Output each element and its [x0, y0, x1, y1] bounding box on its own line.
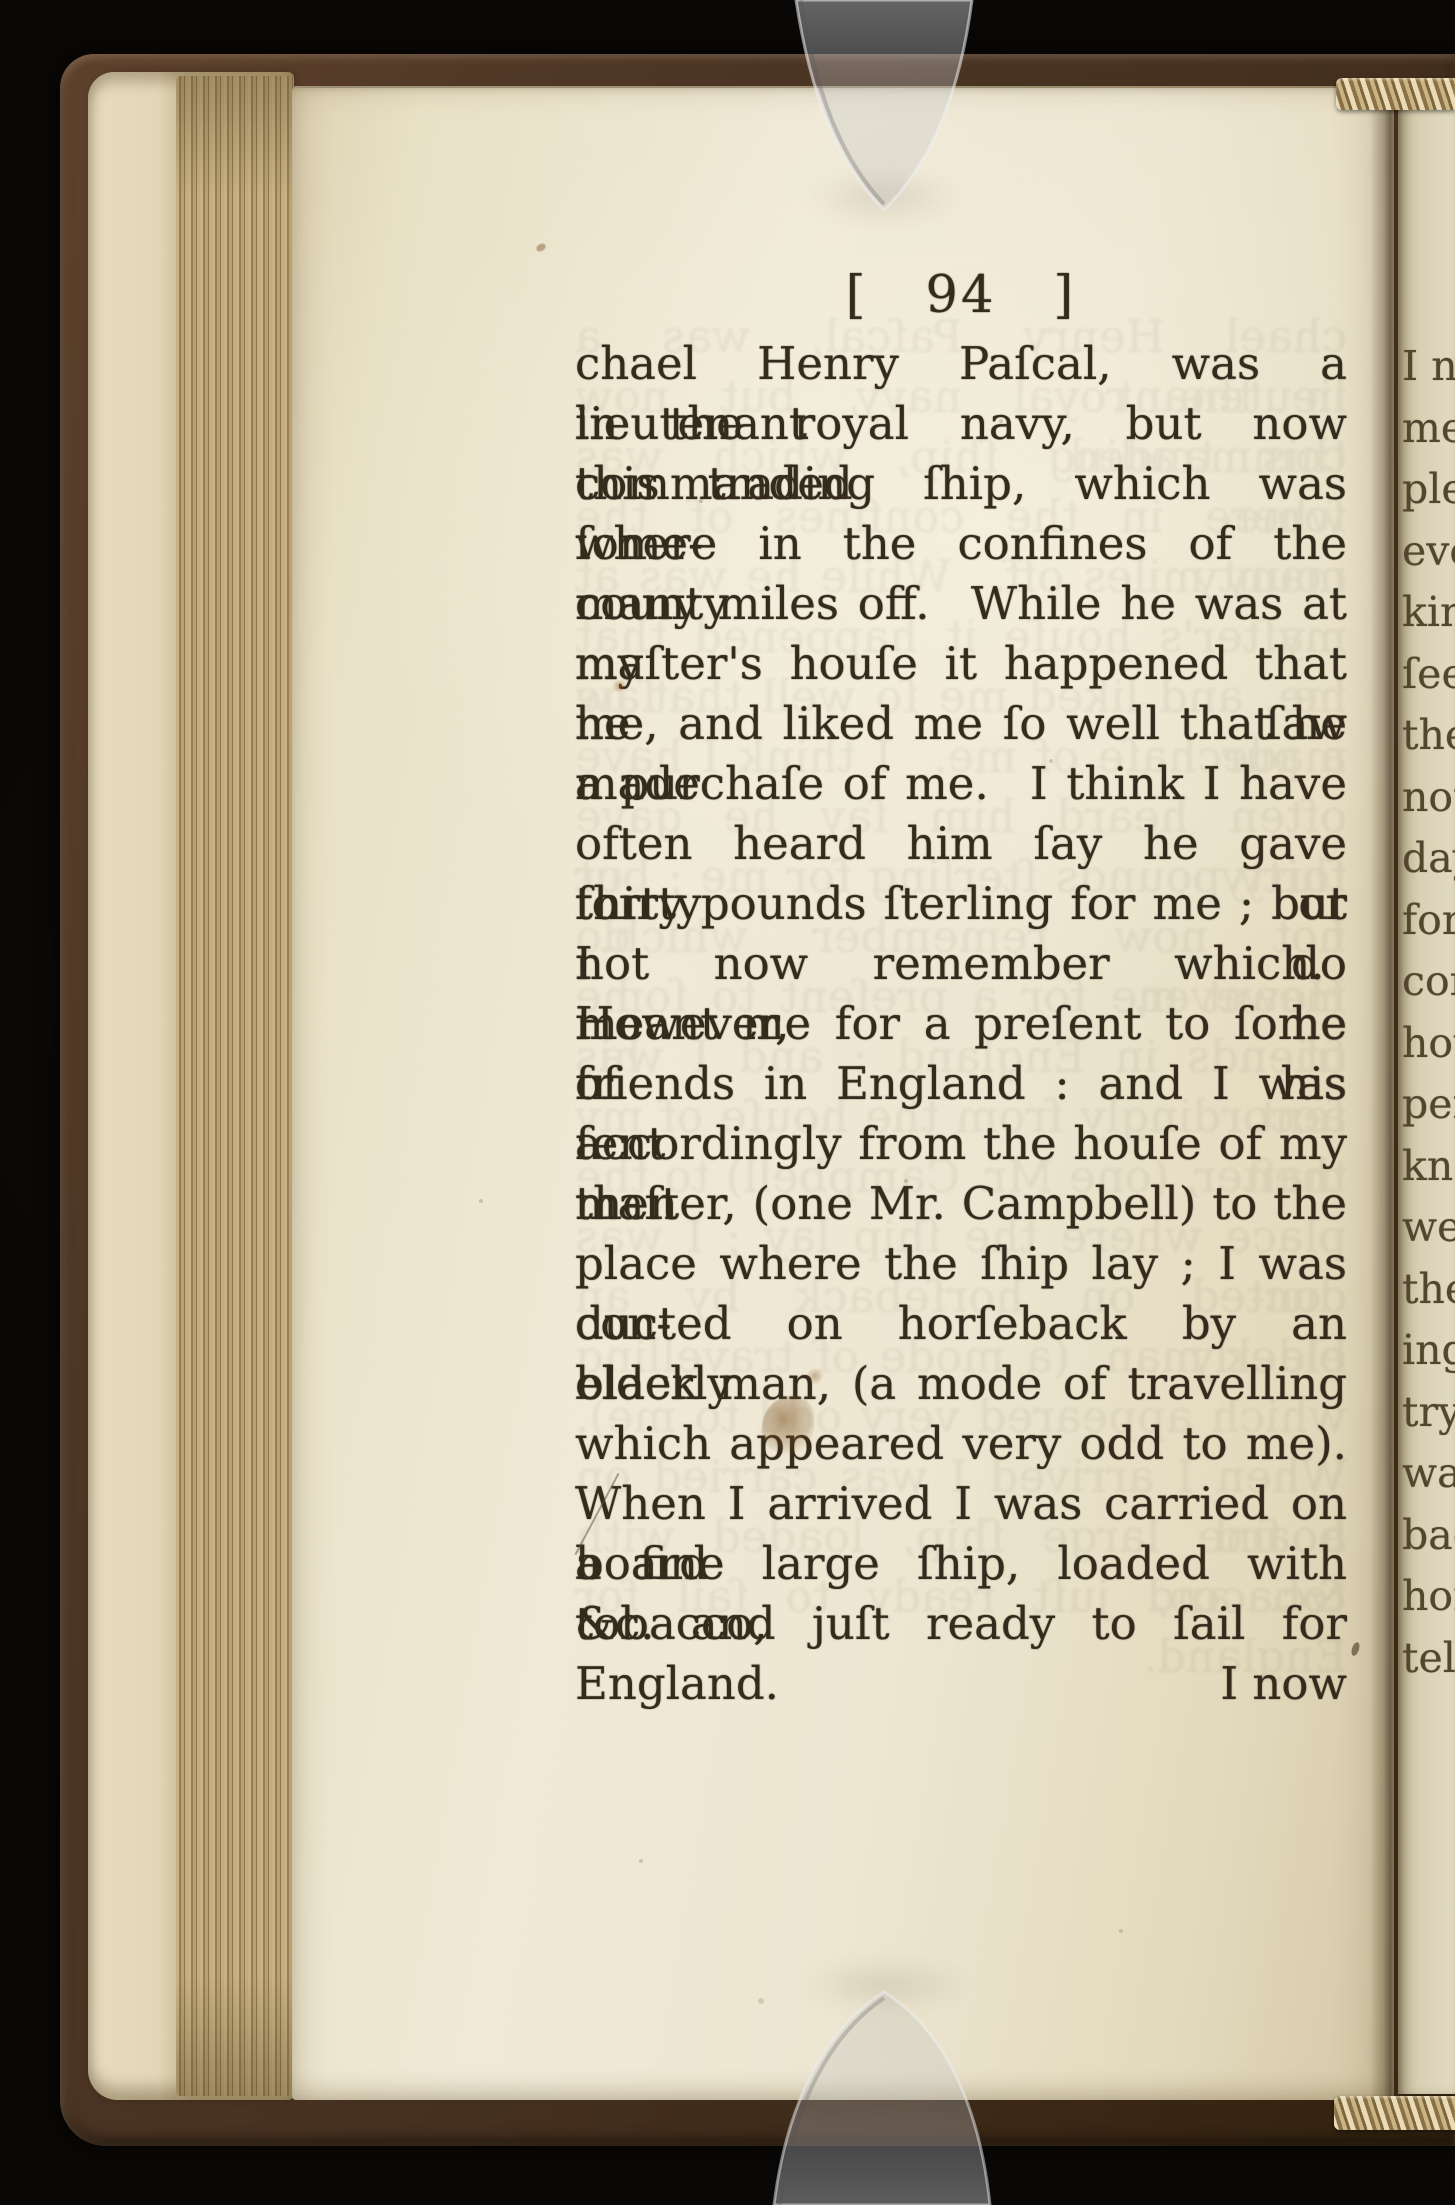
text-line: maſter's houſe it happened that he ſaw: [575, 634, 1347, 694]
fragment-line: I no: [1402, 336, 1455, 398]
paper-specks: [0, 0, 2, 2]
page-stack-fore-edge: [88, 72, 294, 2100]
fragment-line: not a: [1402, 767, 1455, 829]
text-line: black man, (a mode of travelling: [575, 1354, 1347, 1414]
catchword: I now: [575, 1654, 1347, 1714]
fragment-line: tell.: [1402, 1628, 1455, 1690]
fragment-line: know: [1402, 1136, 1455, 1198]
fragment-line: back: [1402, 1505, 1455, 1567]
fragment-line: theref: [1402, 705, 1455, 767]
fragment-line: menc: [1402, 398, 1455, 460]
fragment-line: was q: [1402, 1443, 1455, 1505]
clamp-shadow: [806, 168, 962, 226]
text-line: many miles off. While he was at my: [575, 574, 1347, 634]
fragment-line: home: [1402, 1566, 1455, 1628]
book-photograph: chael Henry Paſcal, was a lieutenantin t…: [0, 0, 1455, 2205]
fragment-line: the ſh: [1402, 1259, 1455, 1321]
fragment-line: perfe: [1402, 1074, 1455, 1136]
clamp-shadow: [796, 1958, 972, 2012]
fragment-line: plent: [1402, 459, 1455, 521]
page-number: [ 94 ]: [575, 266, 1347, 336]
text-line: maſter, (one Mr. Campbell) to the: [575, 1174, 1347, 1234]
fragment-line: kindl: [1402, 582, 1455, 644]
text-line: a fine large ſhip, loaded with tobacco,: [575, 1534, 1347, 1594]
text-line: ducted on horſeback by an elderly: [575, 1294, 1347, 1354]
text-line: where in the confines of the county: [575, 514, 1347, 574]
text-line: &c. and juſt ready to ſail for England.: [575, 1594, 1347, 1654]
gutter-shadow: [1370, 86, 1404, 2098]
fragment-line: ing to: [1402, 1320, 1455, 1382]
text-line: this trading ſhip, which was ſome-: [575, 454, 1347, 514]
text-line: accordingly from the houſe of my then: [575, 1114, 1347, 1174]
adjacent-page-lines: I nomencplenteverykindlſeen ctherefnot a…: [1402, 336, 1455, 1736]
fragment-line: ſeen c: [1402, 644, 1455, 706]
fragment-line: for E: [1402, 890, 1455, 952]
text-line: place where the ſhip lay ; I was con-: [575, 1234, 1347, 1294]
text-line: meant me for a preſent to ſome of his: [575, 994, 1347, 1054]
text-line: friends in England : and I was ſent: [575, 1054, 1347, 1114]
fragment-line: howe: [1402, 1013, 1455, 1075]
text-line: chael Henry Paſcal, was a lieutenant: [575, 334, 1347, 394]
text-line: not now remember which. However, he: [575, 934, 1347, 994]
body-lines: chael Henry Paſcal, was a lieutenantin t…: [575, 334, 1347, 1654]
text-line: which appeared very odd to me).: [575, 1414, 1347, 1474]
text-line: a purchaſe of me. I think I have: [575, 754, 1347, 814]
tailband: [1334, 2096, 1455, 2130]
fragment-line: days: [1402, 828, 1455, 890]
fragment-line: were: [1402, 1197, 1455, 1259]
text-line: in the royal navy, but now commanded: [575, 394, 1347, 454]
fragment-line: conje: [1402, 951, 1455, 1013]
text-line: When I arrived I was carried on board: [575, 1474, 1347, 1534]
fragment-line: try, ar: [1402, 1382, 1455, 1444]
fragment-line: every: [1402, 521, 1455, 583]
headband: [1336, 78, 1455, 110]
text-line: often heard him ſay he gave thirty or: [575, 814, 1347, 874]
text-line: me, and liked me ſo well that he made: [575, 694, 1347, 754]
page-edge-stripes: [176, 76, 294, 2096]
text-line: forty pounds ſterling for me ; but I do: [575, 874, 1347, 934]
